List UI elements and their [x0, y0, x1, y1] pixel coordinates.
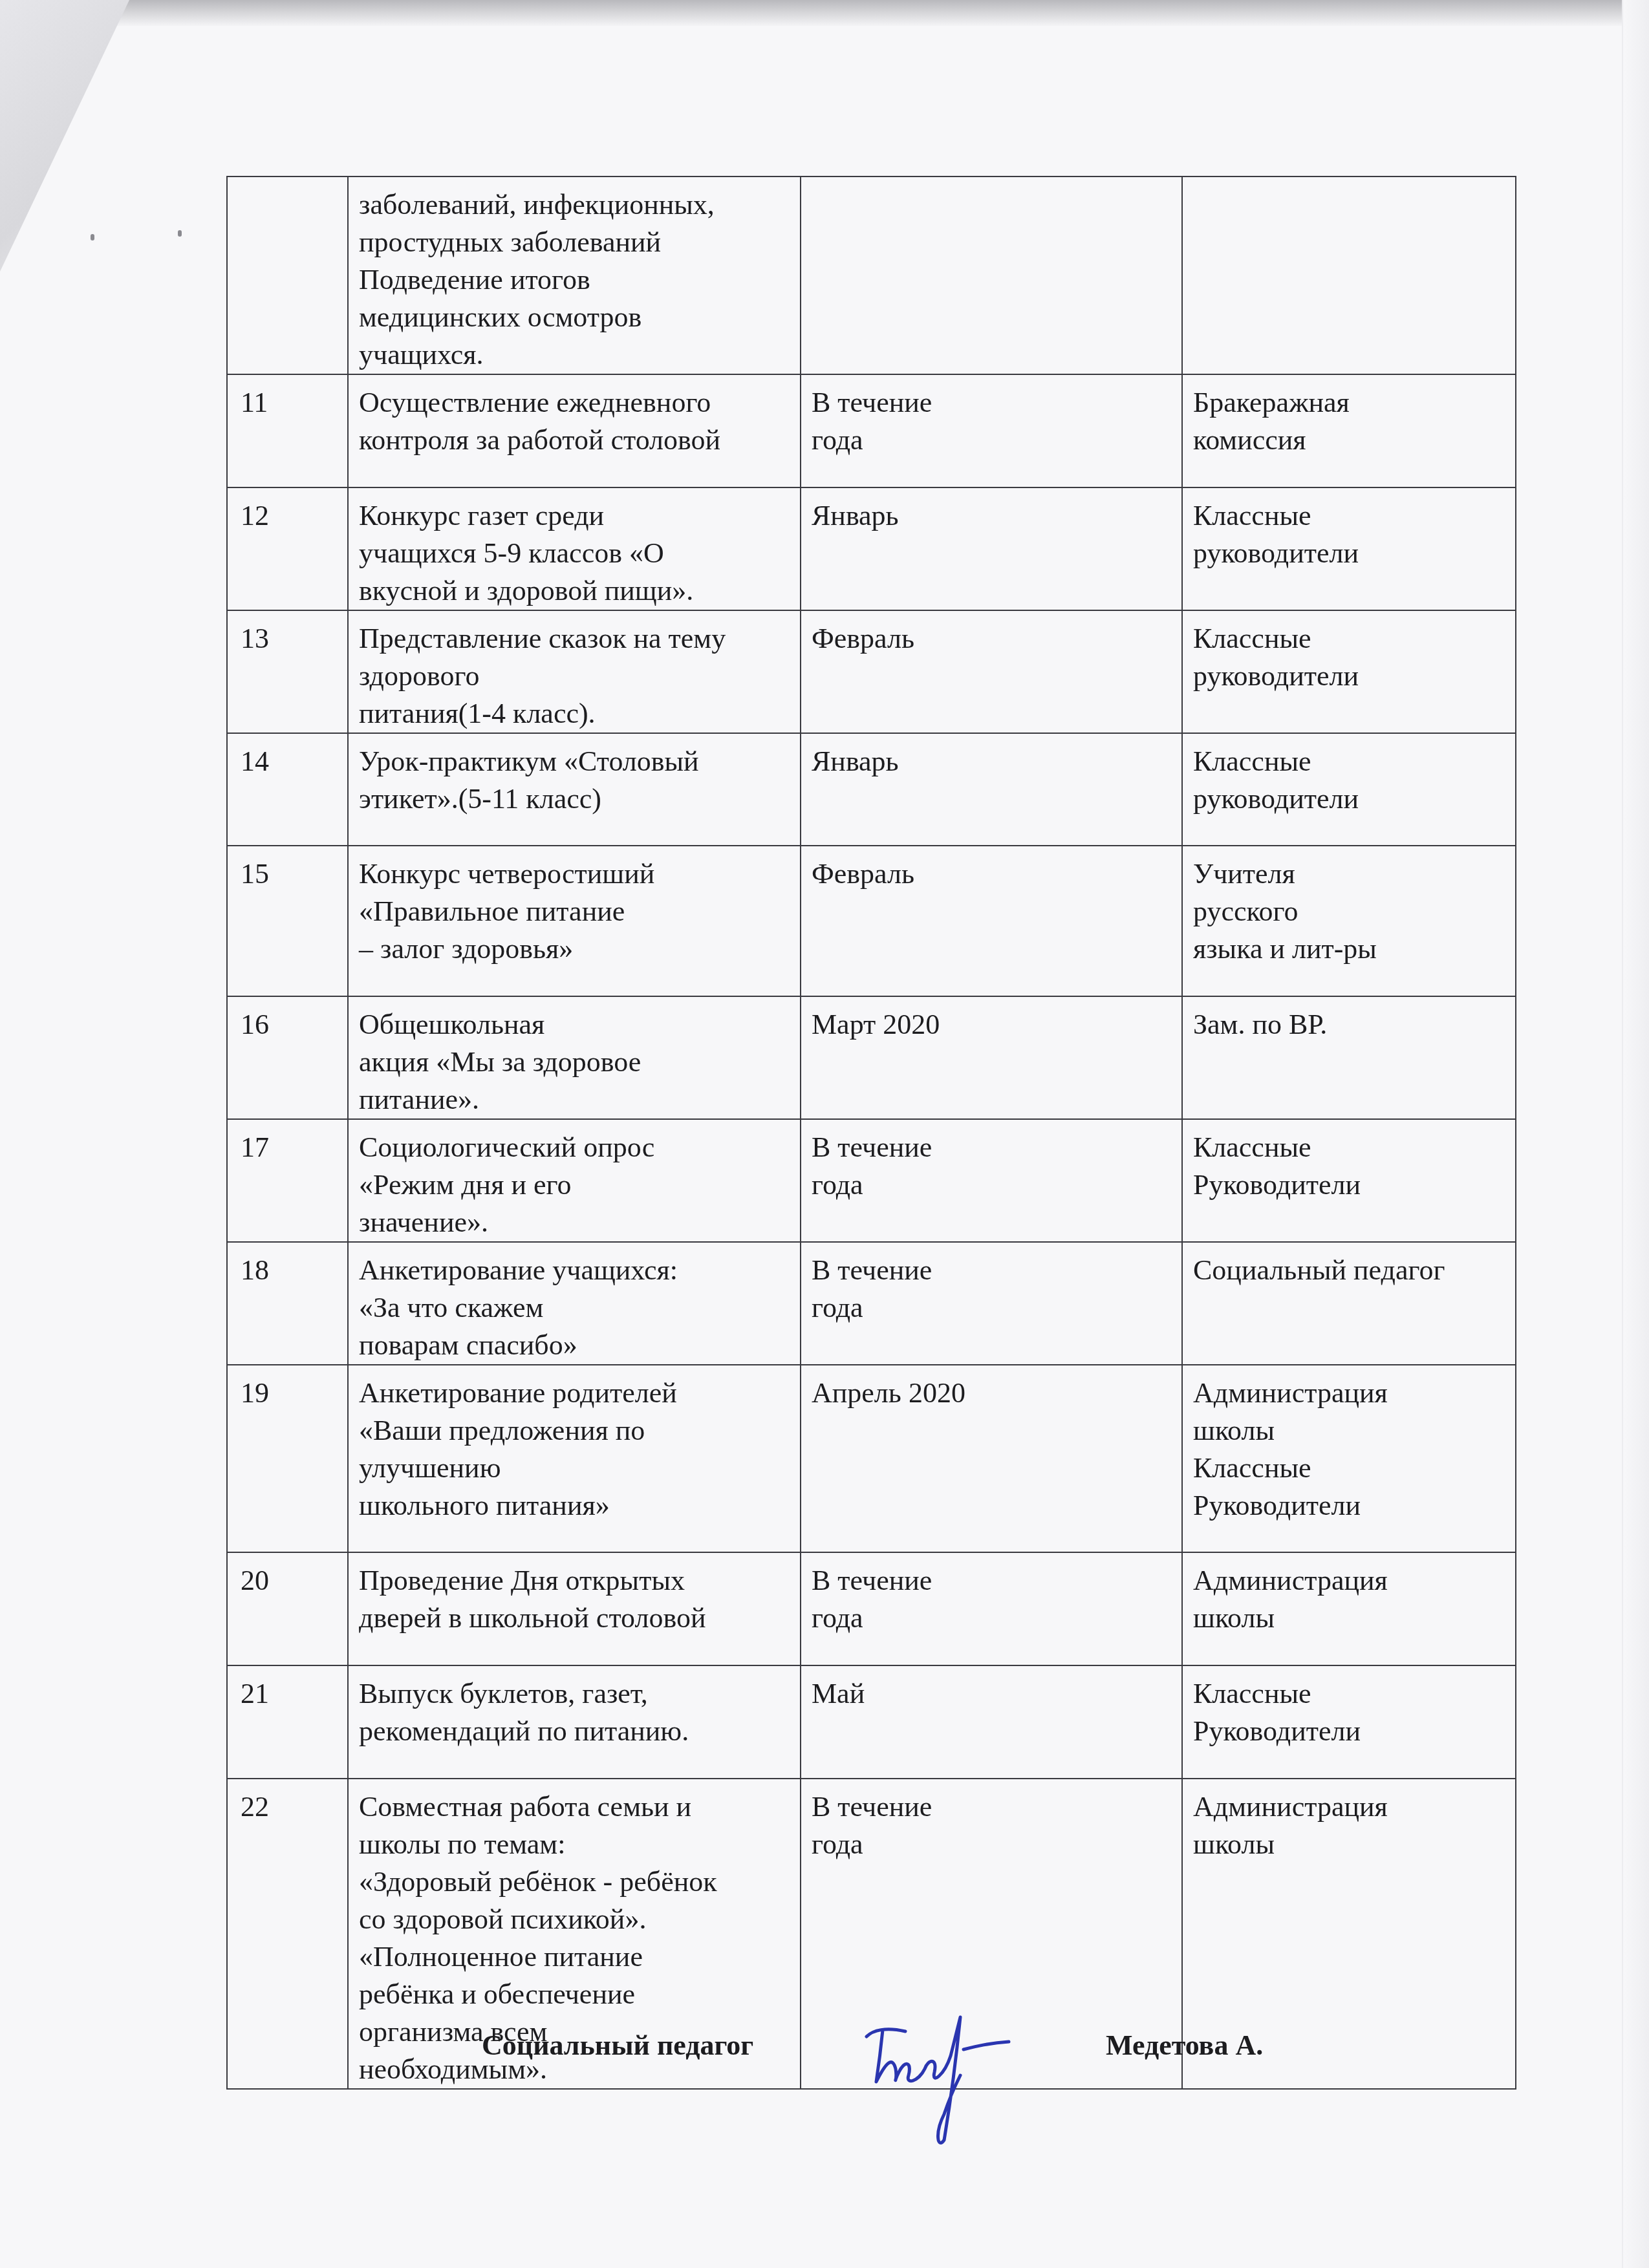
event-cell: Конкурс четверостиший «Правильное питани… [348, 846, 801, 996]
table-row: 17Социологический опрос «Режим дня и его… [227, 1119, 1516, 1242]
event-cell: Социологический опрос «Режим дня и его з… [348, 1119, 801, 1242]
responsible-cell [1182, 177, 1516, 374]
responsible-cell: Классные руководители [1182, 610, 1516, 733]
period-cell: Март 2020 [801, 996, 1182, 1119]
row-number [227, 177, 348, 374]
staple-hole-mark [91, 234, 94, 241]
row-number: 18 [227, 1242, 348, 1365]
row-number: 20 [227, 1552, 348, 1665]
table-row: 12Конкурс газет среди учащихся 5-9 класс… [227, 487, 1516, 610]
row-number: 19 [227, 1365, 348, 1552]
page-right-edge [1622, 0, 1649, 2268]
table-row: заболеваний, инфекционных, простудных за… [227, 177, 1516, 374]
staple-hole-mark [178, 230, 182, 237]
table-row: 11Осуществление ежедневного контроля за … [227, 374, 1516, 487]
row-number: 11 [227, 374, 348, 487]
period-cell: Февраль [801, 846, 1182, 996]
period-cell: В течение года [801, 1242, 1182, 1365]
event-cell: Осуществление ежедневного контроля за ра… [348, 374, 801, 487]
event-cell: Проведение Дня открытых дверей в школьно… [348, 1552, 801, 1665]
row-number: 21 [227, 1665, 348, 1779]
responsible-cell: Бракеражная комиссия [1182, 374, 1516, 487]
event-cell: Выпуск буклетов, газет, рекомендаций по … [348, 1665, 801, 1779]
event-cell: заболеваний, инфекционных, простудных за… [348, 177, 801, 374]
period-cell: Январь [801, 733, 1182, 846]
event-cell: Анкетирование родителей «Ваши предложени… [348, 1365, 801, 1552]
period-cell: Май [801, 1665, 1182, 1779]
responsible-cell: Зам. по ВР. [1182, 996, 1516, 1119]
responsible-cell: Классные Руководители [1182, 1119, 1516, 1242]
period-cell: Апрель 2020 [801, 1365, 1182, 1552]
row-number: 12 [227, 487, 348, 610]
plan-table: заболеваний, инфекционных, простудных за… [226, 176, 1516, 2090]
row-number: 22 [227, 1779, 348, 2089]
period-cell: Январь [801, 487, 1182, 610]
event-cell: Анкетирование учащихся: «За что скажем п… [348, 1242, 801, 1365]
table-row: 20Проведение Дня открытых дверей в школь… [227, 1552, 1516, 1665]
responsible-cell: Администрация школы Классные Руководител… [1182, 1365, 1516, 1552]
scanner-edge-shadow [0, 0, 1649, 26]
row-number: 13 [227, 610, 348, 733]
responsible-cell: Классные Руководители [1182, 1665, 1516, 1779]
event-cell: Урок-практикум «Столовый этикет».(5-11 к… [348, 733, 801, 846]
handwritten-signature-icon [847, 2011, 1054, 2153]
responsible-cell: Учителя русского языка и лит-ры [1182, 846, 1516, 996]
responsible-cell: Социальный педагог [1182, 1242, 1516, 1365]
row-number: 17 [227, 1119, 348, 1242]
period-cell: В течение года [801, 374, 1182, 487]
event-cell: Общешкольная акция «Мы за здоровое питан… [348, 996, 801, 1119]
event-cell: Представление сказок на тему здорового п… [348, 610, 801, 733]
footer-role: Социальный педагог [482, 2029, 753, 2062]
table-row: 21Выпуск буклетов, газет, рекомендаций п… [227, 1665, 1516, 1779]
period-cell: В течение года [801, 1552, 1182, 1665]
period-cell: Февраль [801, 610, 1182, 733]
period-cell: В течение года [801, 1119, 1182, 1242]
footer-name: Медетова А. [1106, 2029, 1263, 2062]
row-number: 15 [227, 846, 348, 996]
table-row: 13Представление сказок на тему здорового… [227, 610, 1516, 733]
table-row: 18Анкетирование учащихся: «За что скажем… [227, 1242, 1516, 1365]
responsible-cell: Классные руководители [1182, 733, 1516, 846]
responsible-cell: Классные руководители [1182, 487, 1516, 610]
responsible-cell: Администрация школы [1182, 1552, 1516, 1665]
period-cell [801, 177, 1182, 374]
table-row: 19Анкетирование родителей «Ваши предложе… [227, 1365, 1516, 1552]
table-row: 16Общешкольная акция «Мы за здоровое пит… [227, 996, 1516, 1119]
row-number: 16 [227, 996, 348, 1119]
event-cell: Конкурс газет среди учащихся 5-9 классов… [348, 487, 801, 610]
table-row: 14Урок-практикум «Столовый этикет».(5-11… [227, 733, 1516, 846]
table-row: 15Конкурс четверостиший «Правильное пита… [227, 846, 1516, 996]
row-number: 14 [227, 733, 348, 846]
